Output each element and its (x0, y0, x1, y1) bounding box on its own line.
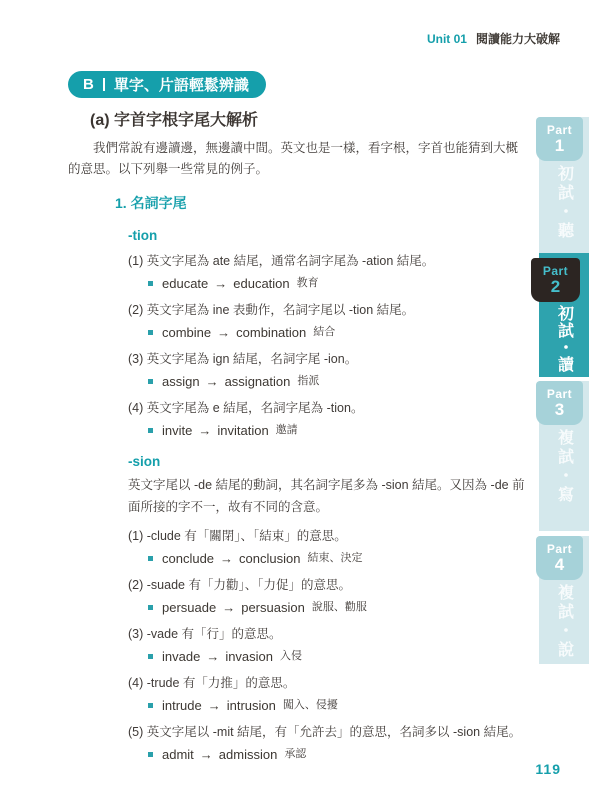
subsection-title: 1. 名詞字尾 (115, 193, 530, 213)
part-number: 3 (536, 401, 583, 419)
example-source: combine (162, 324, 211, 341)
part-number: 2 (531, 278, 580, 296)
rule-text: -clude 有「關閉」、「結束」的意思。 (147, 529, 347, 543)
rule-item: (1) 英文字尾為 ate 結尾，通常名詞字尾為 -ation 結尾。 (128, 252, 528, 270)
rule-item: (5) 英文字尾以 -mit 結尾，有「允許去」的意思，名詞多以 -sion 結… (128, 723, 528, 741)
example-row: intrude → intrusion 闖入、侵擾 (148, 697, 528, 714)
example-source: conclude (162, 550, 214, 567)
example-source: invite (162, 422, 192, 439)
arrow-icon: → (198, 422, 211, 439)
unit-number: Unit 01 (427, 32, 467, 46)
example-source: assign (162, 373, 200, 390)
running-head: Unit 01閱讀能力大破解 (427, 30, 560, 47)
example-gloss: 結束、決定 (307, 550, 362, 567)
part-number: 1 (536, 137, 583, 155)
example-target: persuasion (241, 599, 305, 616)
example-row: persuade → persuasion 說服、勸服 (148, 599, 528, 616)
example-row: invite → invitation 邀請 (148, 422, 528, 439)
bullet-square-icon (148, 281, 153, 286)
arrow-icon: → (220, 550, 233, 567)
section-badge: B 單字、片語輕鬆辨識 (68, 71, 266, 98)
arrow-icon: → (214, 275, 227, 292)
sidebar-tab-part2-active: 初試・讀 Part 2 (539, 253, 589, 377)
book-page: Unit 01閱讀能力大破解 B 單字、片語輕鬆辨識 (a) 字首字根字尾大解析… (0, 0, 589, 800)
example-source: admit (162, 746, 194, 763)
example-gloss: 說服、勸服 (312, 599, 367, 616)
rule-number: (4) (128, 401, 143, 415)
rule-item: (4) -trude 有「力推」的意思。 (128, 674, 528, 692)
example-gloss: 邀請 (276, 422, 298, 439)
example-target: invasion (225, 648, 273, 665)
example-gloss: 入侵 (280, 648, 302, 665)
section-badge-label: 單字、片語輕鬆辨識 (114, 74, 249, 95)
rule-number: (4) (128, 676, 143, 690)
part-number: 4 (536, 556, 583, 574)
bullet-square-icon (148, 428, 153, 433)
example-row: educate → education 教育 (148, 275, 528, 292)
rule-number: (3) (128, 627, 143, 641)
bullet-square-icon (148, 379, 153, 384)
part4-tab-label: 複試・說 (553, 584, 576, 664)
section-intro: 我們常說有邊讀邊，無邊讀中間。英文也是一樣，看字根，字首也能猜到大概的意思。以下… (68, 138, 530, 180)
page-number: 119 (535, 761, 561, 777)
arrow-icon: → (208, 697, 221, 714)
sidebar-tab-part3: 複試・寫 Part 3 (539, 381, 589, 531)
suffix-group-tion: -tion (1) 英文字尾為 ate 結尾，通常名詞字尾為 -ation 結尾… (128, 228, 528, 439)
rule-item: (4) 英文字尾為 e 結尾，名詞字尾為 -tion。 (128, 399, 528, 417)
sidebar-tab-part4: 複試・說 Part 4 (539, 536, 589, 664)
rule-text: 英文字尾為 e 結尾，名詞字尾為 -tion。 (147, 401, 364, 415)
rule-text: 英文字尾為 ine 表動作，名詞字尾以 -tion 結尾。 (147, 303, 414, 317)
part4-tab-head: Part 4 (536, 536, 583, 580)
example-row: conclude → conclusion 結束、決定 (148, 550, 528, 567)
part1-tab-head: Part 1 (536, 117, 583, 161)
part1-tab-label: 初試・聽 (553, 165, 576, 257)
example-source: persuade (162, 599, 216, 616)
section-heading: (a) 字首字根字尾大解析 (90, 107, 530, 130)
suffix-group-intro: 英文字尾以 -de 結尾的動詞，其名詞字尾多為 -sion 結尾。又因為 -de… (128, 475, 528, 518)
example-gloss: 承認 (284, 746, 306, 763)
example-row: admit → admission 承認 (148, 746, 528, 763)
arrow-icon: → (206, 648, 219, 665)
example-target: invitation (217, 422, 268, 439)
example-target: conclusion (239, 550, 300, 567)
rule-text: -vade 有「行」的意思。 (147, 627, 282, 641)
rule-item: (3) 英文字尾為 ign 結尾，名詞字尾 -ion。 (128, 350, 528, 368)
arrow-icon: → (222, 599, 235, 616)
main-content: B 單字、片語輕鬆辨識 (a) 字首字根字尾大解析 我們常說有邊讀邊，無邊讀中間… (68, 71, 530, 763)
example-row: combine → combination 結合 (148, 324, 528, 341)
part3-tab-label: 複試・寫 (553, 429, 576, 531)
rule-text: -trude 有「力推」的意思。 (147, 676, 296, 690)
part2-tab-label: 初試・讀 (553, 305, 576, 377)
example-target: assignation (225, 373, 291, 390)
rule-number: (5) (128, 725, 143, 739)
unit-title: 閱讀能力大破解 (476, 32, 560, 46)
rule-text: -suade 有「力勸」、「力促」的意思。 (147, 578, 351, 592)
part3-tab-head: Part 3 (536, 381, 583, 425)
rule-number: (1) (128, 529, 143, 543)
bullet-square-icon (148, 752, 153, 757)
part-word: Part (536, 123, 583, 137)
example-target: intrusion (227, 697, 276, 714)
example-gloss: 闖入、侵擾 (283, 697, 338, 714)
example-row: invade → invasion 入侵 (148, 648, 528, 665)
arrow-icon: → (206, 373, 219, 390)
example-target: education (233, 275, 289, 292)
rule-text: 英文字尾為 ate 結尾，通常名詞字尾為 -ation 結尾。 (147, 254, 435, 268)
part-word: Part (536, 387, 583, 401)
rule-number: (1) (128, 254, 143, 268)
part-word: Part (531, 264, 580, 278)
example-target: admission (219, 746, 278, 763)
bullet-square-icon (148, 703, 153, 708)
example-gloss: 結合 (313, 324, 335, 341)
rule-item: (1) -clude 有「關閉」、「結束」的意思。 (128, 527, 528, 545)
part2-tab-head: Part 2 (531, 258, 580, 302)
rule-item: (3) -vade 有「行」的意思。 (128, 625, 528, 643)
rule-item: (2) -suade 有「力勸」、「力促」的意思。 (128, 576, 528, 594)
rule-number: (3) (128, 352, 143, 366)
arrow-icon: → (217, 324, 230, 341)
example-source: invade (162, 648, 200, 665)
section-badge-letter: B (83, 76, 94, 93)
bullet-square-icon (148, 654, 153, 659)
rule-text: 英文字尾以 -mit 結尾，有「允許去」的意思，名詞多以 -sion 結尾。 (147, 725, 521, 739)
part-word: Part (536, 542, 583, 556)
arrow-icon: → (200, 746, 213, 763)
rule-text: 英文字尾為 ign 結尾，名詞字尾 -ion。 (147, 352, 357, 366)
example-row: assign → assignation 指派 (148, 373, 528, 390)
rule-number: (2) (128, 578, 143, 592)
bullet-square-icon (148, 556, 153, 561)
suffix-group-sion: -sion 英文字尾以 -de 結尾的動詞，其名詞字尾多為 -sion 結尾。又… (128, 454, 528, 763)
example-source: educate (162, 275, 208, 292)
bullet-square-icon (148, 330, 153, 335)
suffix-heading: -tion (128, 228, 528, 243)
example-source: intrude (162, 697, 202, 714)
rule-item: (2) 英文字尾為 ine 表動作，名詞字尾以 -tion 結尾。 (128, 301, 528, 319)
bullet-square-icon (148, 605, 153, 610)
rule-number: (2) (128, 303, 143, 317)
badge-divider (103, 78, 105, 91)
example-target: combination (236, 324, 306, 341)
example-gloss: 指派 (297, 373, 319, 390)
suffix-heading: -sion (128, 454, 528, 469)
sidebar-tab-part1: 初試・聽 Part 1 (539, 117, 589, 257)
example-gloss: 教育 (297, 275, 319, 292)
